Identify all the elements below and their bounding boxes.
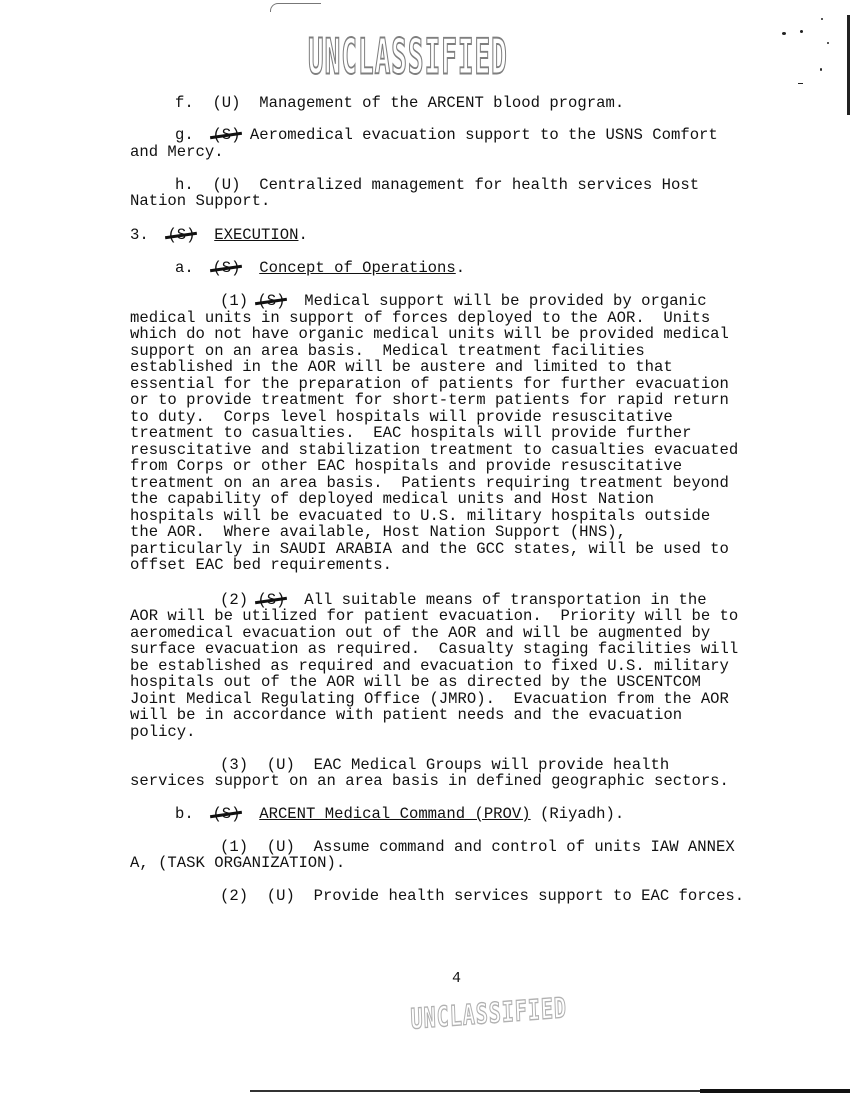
paragraph-text: will be in accordance with patient needs… — [130, 707, 682, 724]
paragraph-text: Medical support will be provided by orga… — [304, 292, 706, 310]
classification-stamp-bottom: UNCLASSIFIED — [410, 991, 568, 1036]
classification-marking-struck: (S) — [212, 806, 240, 823]
item-f: f. (U) Management of the ARCENT blood pr… — [175, 95, 624, 112]
scan-speck — [800, 30, 803, 33]
paragraph-text: surface evacuation as required. Casualty… — [130, 641, 738, 658]
paragraph-text: policy. — [130, 724, 196, 741]
scan-speck — [820, 68, 822, 71]
subsection-heading-a: a. (S) Concept of Operations. — [175, 260, 465, 277]
subsection-label: b. — [175, 805, 194, 823]
classification-marking: (U) — [212, 94, 240, 112]
paragraph-a1-first-line: (1) (S) Medical support will be provided… — [220, 293, 707, 310]
subsection-label: a. — [175, 259, 194, 277]
item-text: Centralized management for health servic… — [259, 176, 699, 194]
paragraph-text: treatment to casualties. EAC hospitals w… — [130, 425, 691, 442]
paragraph-text: which do not have organic medical units … — [130, 326, 729, 343]
subsection-title: ARCENT Medical Command (PROV) — [259, 805, 530, 823]
paragraph-b2: (2) (U) Provide health services support … — [220, 888, 744, 905]
paragraph-text: Provide health services support to EAC f… — [314, 887, 744, 905]
paragraph-text: AOR will be utilized for patient evacuat… — [130, 608, 738, 625]
bottom-scan-border-thick — [700, 1089, 850, 1093]
item-text: Management of the ARCENT blood program. — [259, 94, 624, 112]
paragraph-text: from Corps or other EAC hospitals and pr… — [130, 458, 682, 475]
item-label: f. — [175, 94, 194, 112]
scan-speck — [821, 18, 823, 20]
classification-marking-struck: (S) — [167, 227, 195, 244]
paragraph-text: offset EAC bed requirements. — [130, 557, 392, 574]
paragraph-label: (1) — [220, 292, 248, 310]
classification-marking-struck: (S) — [257, 293, 285, 310]
item-g: g. (S) Aeromedical evacuation support to… — [175, 127, 718, 144]
classification-marking: (U) — [267, 887, 295, 905]
paragraph-text: or to provide treatment for short-term p… — [130, 392, 729, 409]
paragraph-text: Assume command and control of units IAW … — [314, 838, 735, 856]
paragraph-text: hospitals out of the AOR will be as dire… — [130, 674, 701, 691]
punctuation: . — [456, 259, 465, 277]
paragraph-label: (2) — [220, 887, 248, 905]
classification-marking-struck: (S) — [212, 127, 240, 144]
document-page: UNCLASSIFIED f. (U) Management of the AR… — [0, 0, 850, 1099]
item-text: and Mercy. — [130, 144, 224, 161]
paragraph-text: services support on an area basis in def… — [130, 773, 729, 790]
item-text: Nation Support. — [130, 193, 270, 210]
punctuation: . — [298, 226, 307, 244]
subsection-location: (Riyadh). — [531, 805, 625, 823]
paragraph-text: the AOR. Where available, Host Nation Su… — [130, 524, 626, 541]
section-number: 3. — [130, 226, 149, 244]
item-text: Aeromedical evacuation support to the US… — [250, 126, 718, 144]
paragraph-text: A, (TASK ORGANIZATION). — [130, 855, 345, 872]
item-label: g. — [175, 126, 194, 144]
scan-speck — [827, 42, 829, 44]
scan-artifact — [270, 3, 321, 12]
scan-speck — [782, 32, 786, 35]
page-number: 4 — [452, 970, 461, 987]
classification-stamp-top: UNCLASSIFIED — [308, 30, 508, 87]
scan-speck — [798, 83, 803, 84]
section-heading-execution: 3. (S) EXECUTION. — [130, 227, 308, 244]
subsection-heading-b: b. (S) ARCENT Medical Command (PROV) (Ri… — [175, 806, 624, 823]
subsection-title: Concept of Operations — [259, 259, 456, 277]
classification-marking-struck: (S) — [212, 260, 240, 277]
paragraph-text: established in the AOR will be austere a… — [130, 359, 673, 376]
paragraph-text: the capability of deployed medical units… — [130, 491, 654, 508]
section-title: EXECUTION — [214, 226, 298, 244]
